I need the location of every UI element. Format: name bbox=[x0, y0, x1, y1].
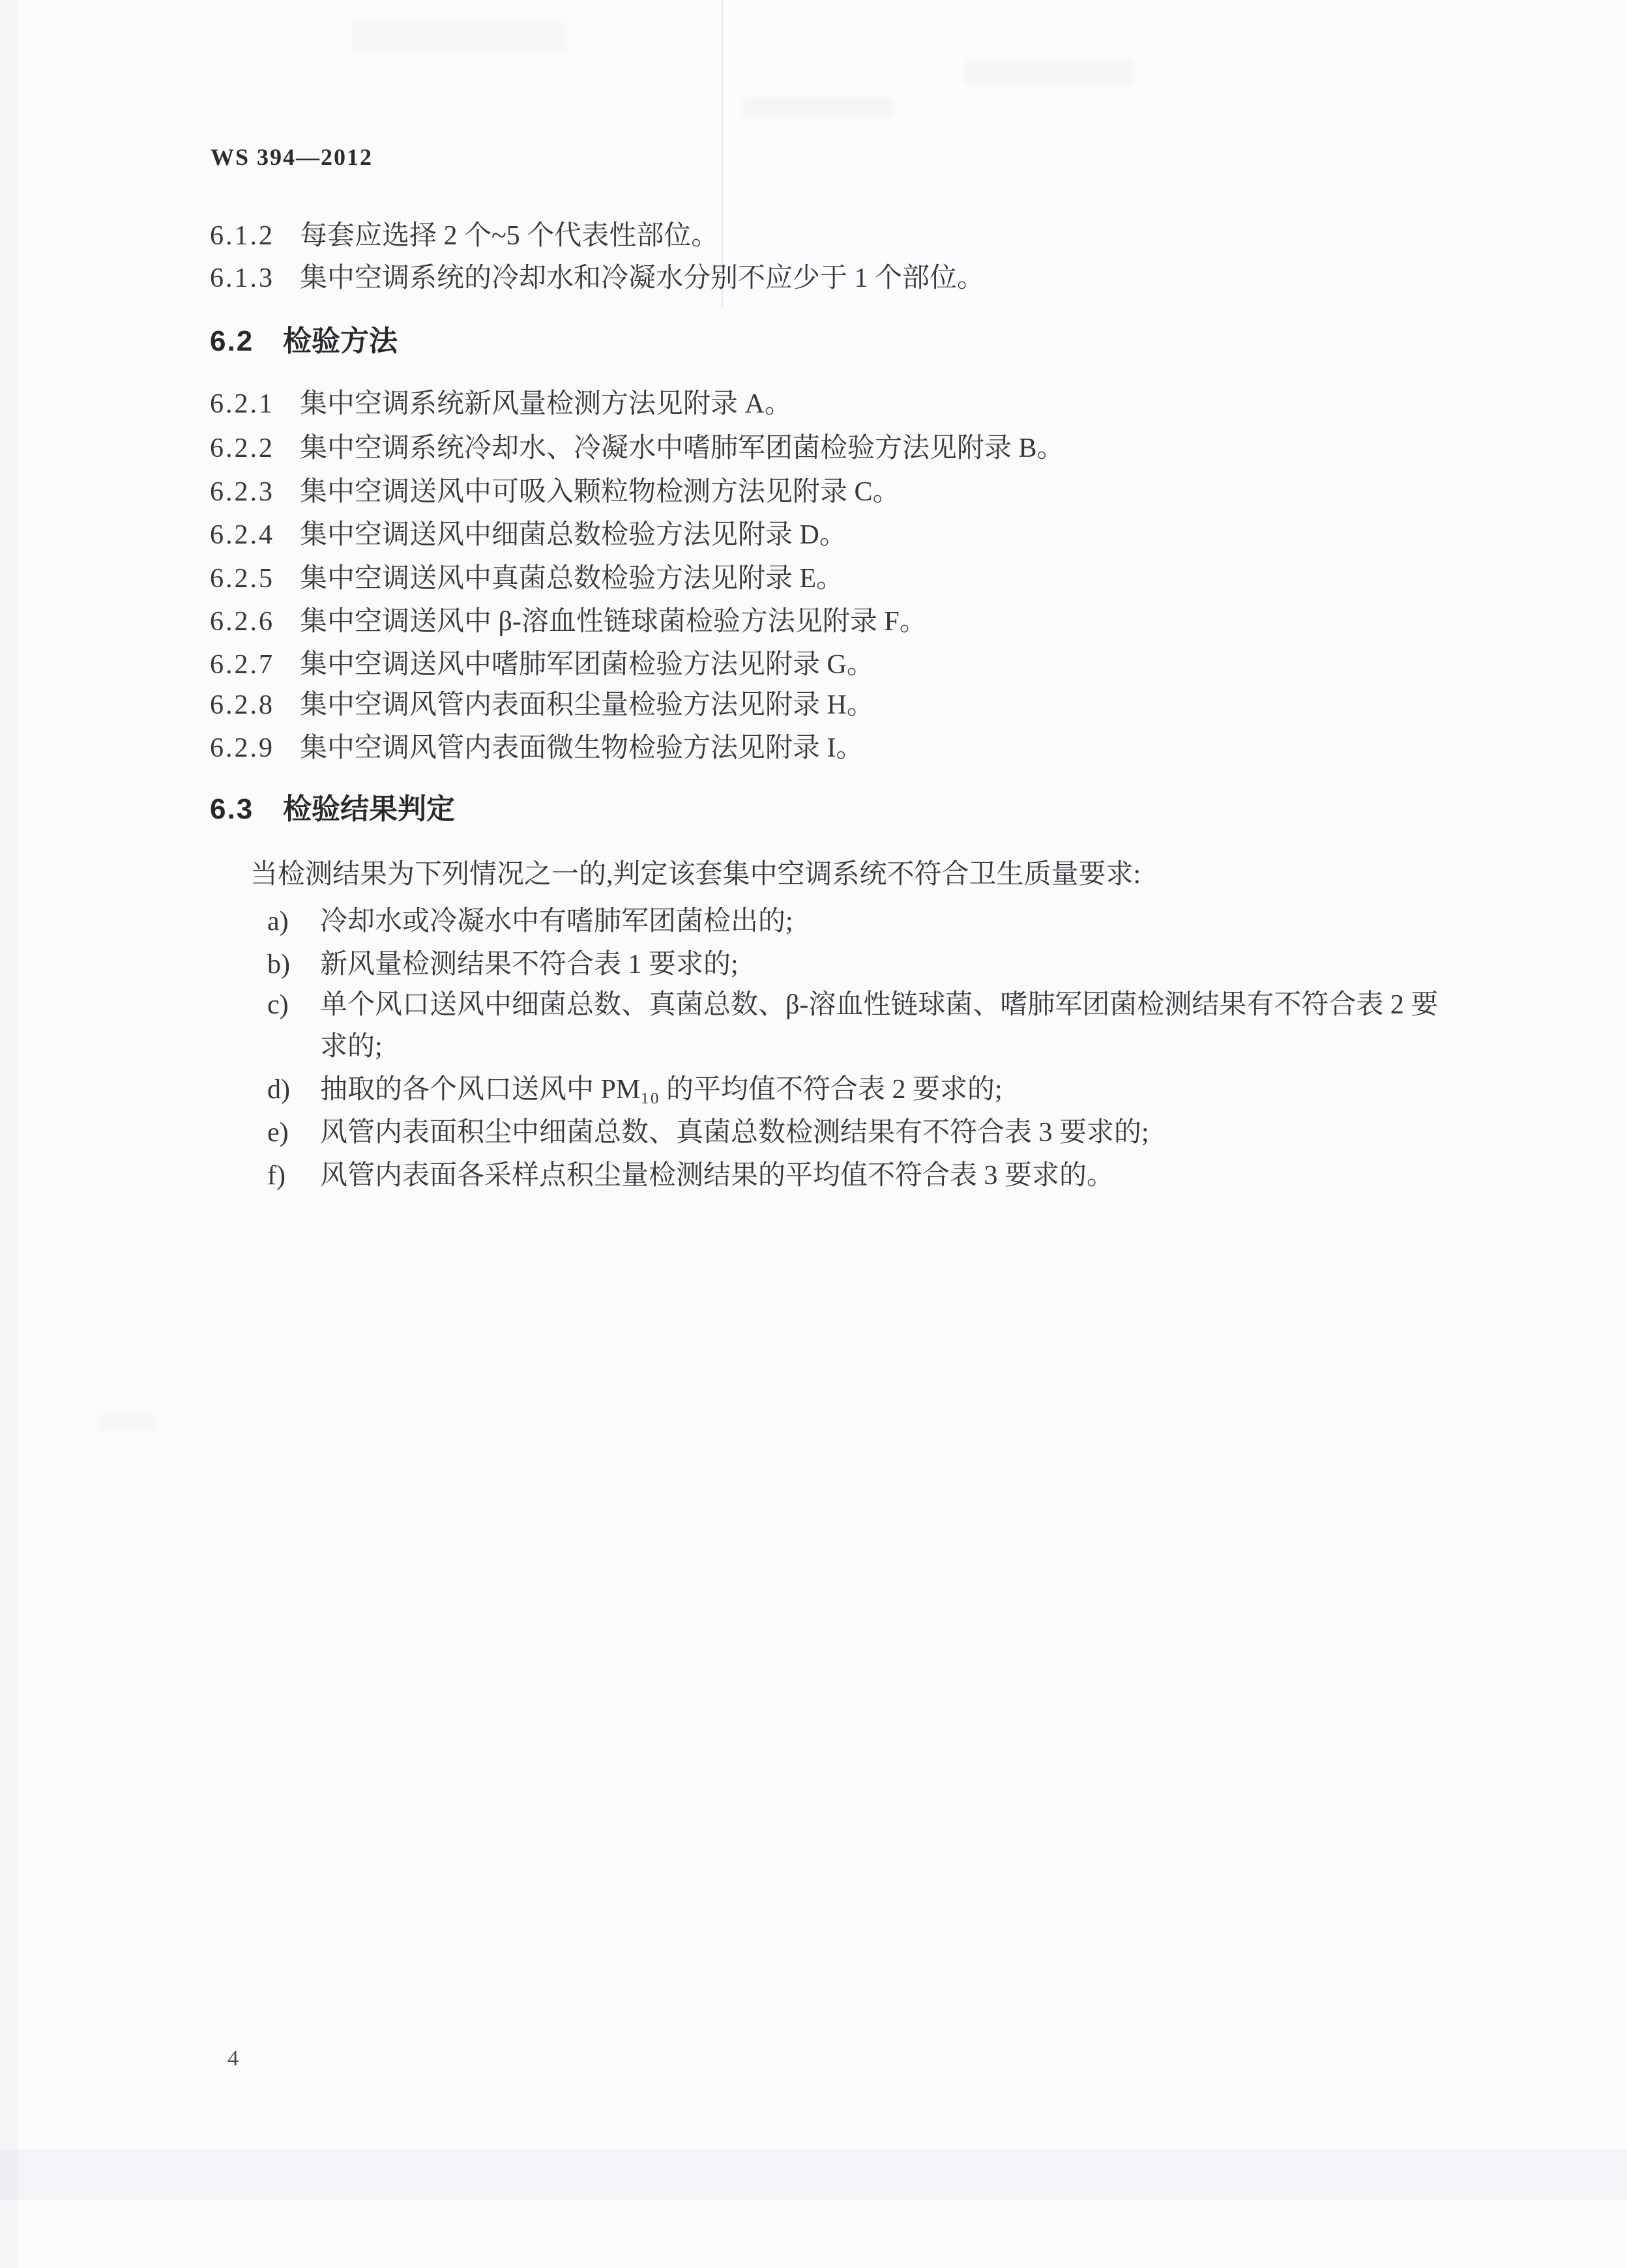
clause-number: 6.2.7 bbox=[210, 648, 300, 682]
clause-text: 每套应选择 2 个~5 个代表性部位。 bbox=[300, 219, 718, 253]
scan-artifact-bleedthrough bbox=[98, 1414, 156, 1431]
clause-text: 集中空调系统的冷却水和冷凝水分别不应少于 1 个部位。 bbox=[300, 261, 984, 295]
list-marker: b) bbox=[267, 944, 320, 985]
scan-artifact-bleedthrough bbox=[743, 96, 893, 119]
list-item-f: f) 风管内表面各采样点积尘量检测结果的平均值不符合表 3 要求的。 bbox=[267, 1155, 1114, 1197]
list-item-d: d) 抽取的各个风口送风中 PM₁₀ 的平均值不符合表 2 要求的; bbox=[267, 1069, 1003, 1111]
section-heading-6-2: 6.2 检验方法 bbox=[210, 325, 398, 358]
scan-artifact-left-edge bbox=[0, 0, 17, 2268]
clause-number: 6.2.3 bbox=[210, 475, 300, 509]
list-item-a: a) 冷却水或冷凝水中有嗜肺军团菌检出的; bbox=[267, 901, 793, 942]
clause-number: 6.2.4 bbox=[210, 518, 300, 552]
list-item-e: e) 风管内表面积尘中细菌总数、真菌总数检测结果有不符合表 3 要求的; bbox=[267, 1112, 1149, 1154]
list-text: 风管内表面各采样点积尘量检测结果的平均值不符合表 3 要求的。 bbox=[320, 1155, 1114, 1197]
list-text: 冷却水或冷凝水中有嗜肺军团菌检出的; bbox=[320, 901, 793, 942]
clause-number: 6.2.5 bbox=[210, 562, 300, 596]
clause-text: 集中空调送风中 β-溶血性链球菌检验方法见附录 F。 bbox=[300, 605, 927, 639]
list-marker: f) bbox=[267, 1155, 320, 1197]
list-text: 抽取的各个风口送风中 PM₁₀ 的平均值不符合表 2 要求的; bbox=[320, 1069, 1003, 1111]
clause-text: 集中空调风管内表面积尘量检验方法见附录 H。 bbox=[300, 688, 874, 722]
clause-6-2-9: 6.2.9 集中空调风管内表面微生物检验方法见附录 I。 bbox=[210, 731, 864, 765]
clause-6-2-8: 6.2.8 集中空调风管内表面积尘量检验方法见附录 H。 bbox=[210, 688, 874, 722]
section-number: 6.2 bbox=[210, 325, 283, 358]
scan-artifact-bottom-band bbox=[0, 2149, 1627, 2200]
clause-text: 集中空调系统新风量检测方法见附录 A。 bbox=[300, 387, 792, 421]
list-item-c: c) 单个风口送风中细菌总数、真菌总数、β-溶血性链球菌、嗜肺军团菌检测结果有不… bbox=[267, 984, 1441, 1068]
list-marker: c) bbox=[267, 984, 320, 1026]
clause-number: 6.1.3 bbox=[210, 261, 300, 295]
clause-number: 6.2.8 bbox=[210, 688, 300, 722]
clause-number: 6.1.2 bbox=[210, 219, 300, 253]
clause-text: 集中空调送风中可吸入颗粒物检测方法见附录 C。 bbox=[300, 475, 900, 509]
scanned-document-page: WS 394—2012 6.1.2 每套应选择 2 个~5 个代表性部位。 6.… bbox=[0, 0, 1627, 2268]
clause-6-1-3: 6.1.3 集中空调系统的冷却水和冷凝水分别不应少于 1 个部位。 bbox=[210, 261, 984, 295]
list-marker: d) bbox=[267, 1069, 320, 1111]
section-heading-6-3: 6.3 检验结果判定 bbox=[210, 792, 455, 826]
clause-number: 6.2.2 bbox=[210, 431, 300, 465]
clause-number: 6.2.9 bbox=[210, 731, 300, 765]
clause-6-2-3: 6.2.3 集中空调送风中可吸入颗粒物检测方法见附录 C。 bbox=[210, 475, 900, 509]
clause-6-2-4: 6.2.4 集中空调送风中细菌总数检验方法见附录 D。 bbox=[210, 518, 847, 552]
scan-artifact-bleedthrough bbox=[965, 60, 1134, 86]
list-marker: a) bbox=[267, 901, 320, 942]
clause-text: 集中空调送风中真菌总数检验方法见附录 E。 bbox=[300, 562, 843, 596]
section-title: 检验结果判定 bbox=[283, 792, 455, 826]
standard-number-header: WS 394—2012 bbox=[211, 143, 373, 171]
clause-text: 集中空调风管内表面微生物检验方法见附录 I。 bbox=[300, 731, 864, 765]
clause-6-2-2: 6.2.2 集中空调系统冷却水、冷凝水中嗜肺军团菌检验方法见附录 B。 bbox=[210, 431, 1064, 465]
clause-6-2-5: 6.2.5 集中空调送风中真菌总数检验方法见附录 E。 bbox=[210, 562, 843, 596]
clause-number: 6.2.1 bbox=[210, 387, 300, 421]
clause-number: 6.2.6 bbox=[210, 605, 300, 639]
clause-6-2-6: 6.2.6 集中空调送风中 β-溶血性链球菌检验方法见附录 F。 bbox=[210, 605, 927, 639]
list-marker: e) bbox=[267, 1112, 320, 1154]
list-text: 单个风口送风中细菌总数、真菌总数、β-溶血性链球菌、嗜肺军团菌检测结果有不符合表… bbox=[320, 984, 1441, 1068]
list-text: 风管内表面积尘中细菌总数、真菌总数检测结果有不符合表 3 要求的; bbox=[320, 1112, 1149, 1154]
clause-text: 集中空调系统冷却水、冷凝水中嗜肺军团菌检验方法见附录 B。 bbox=[300, 431, 1064, 465]
clause-6-2-1: 6.2.1 集中空调系统新风量检测方法见附录 A。 bbox=[210, 387, 792, 421]
section-title: 检验方法 bbox=[283, 325, 398, 358]
scan-artifact-bleedthrough bbox=[352, 22, 567, 51]
section-number: 6.3 bbox=[210, 792, 283, 826]
clause-text: 集中空调送风中细菌总数检验方法见附录 D。 bbox=[300, 518, 847, 552]
clause-6-2-7: 6.2.7 集中空调送风中嗜肺军团菌检验方法见附录 G。 bbox=[210, 648, 874, 682]
list-item-b: b) 新风量检测结果不符合表 1 要求的; bbox=[267, 944, 739, 985]
judgement-intro-paragraph: 当检测结果为下列情况之一的,判定该套集中空调系统不符合卫生质量要求: bbox=[250, 858, 1141, 892]
page-number: 4 bbox=[227, 2046, 239, 2071]
list-text: 新风量检测结果不符合表 1 要求的; bbox=[320, 944, 739, 985]
clause-6-1-2: 6.1.2 每套应选择 2 个~5 个代表性部位。 bbox=[210, 219, 718, 253]
clause-text: 集中空调送风中嗜肺军团菌检验方法见附录 G。 bbox=[300, 648, 874, 682]
